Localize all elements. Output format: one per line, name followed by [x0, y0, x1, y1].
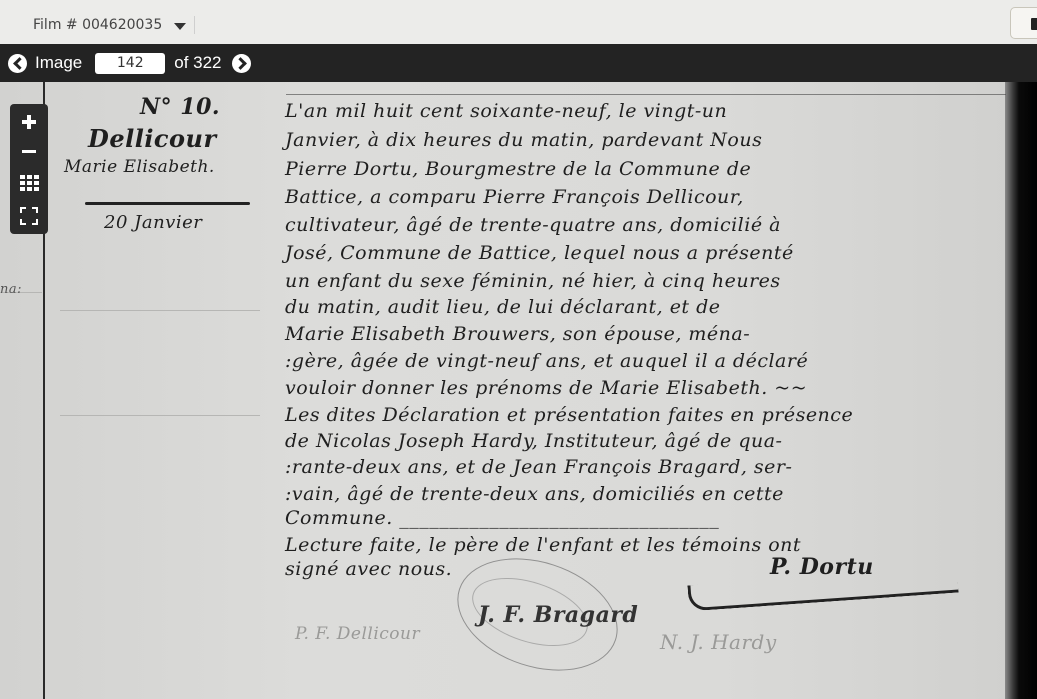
- zoom-in-button[interactable]: [10, 108, 48, 138]
- film-number-label: Film # 004620035: [33, 17, 162, 33]
- fullscreen-icon-corner: [32, 219, 38, 225]
- text-line: :vain, âgé de trente-deux ans, domicilié…: [285, 483, 784, 505]
- top-rule: [286, 94, 1006, 95]
- image-label: Image: [35, 53, 82, 73]
- margin-given-names: Marie Elisabeth.: [64, 157, 215, 177]
- fullscreen-icon-corner: [32, 207, 38, 213]
- zoom-controls: [10, 104, 48, 234]
- text-line: signé avec nous.: [285, 558, 452, 580]
- text-line: cultivateur, âgé de trente-quatre ans, d…: [285, 214, 781, 236]
- next-image-button[interactable]: [232, 54, 251, 73]
- fullscreen-icon-corner: [20, 219, 26, 225]
- text-line: Janvier, à dix heures du matin, pardevan…: [285, 129, 762, 151]
- text-line: :rante-deux ans, et de Jean François Bra…: [285, 456, 792, 478]
- toolbox-icon: [1031, 18, 1037, 30]
- faint-rule: [60, 310, 260, 311]
- margin-surname: Dellicour: [88, 124, 217, 153]
- text-line: Les dites Déclaration et présentation fa…: [285, 404, 853, 426]
- top-bar: Film # 004620035: [0, 0, 1037, 44]
- image-viewer[interactable]: na: N° 10. Dellicour Marie Elisabeth. 20…: [0, 82, 1037, 699]
- text-line: vouloir donner les prénoms de Marie Elis…: [285, 377, 807, 399]
- record-number: N° 10.: [140, 94, 220, 120]
- signature-hardy: N. J. Hardy: [660, 630, 777, 654]
- image-number-input[interactable]: [95, 53, 165, 74]
- fullscreen-icon: [20, 207, 26, 213]
- text-line: un enfant du sexe féminin, né hier, à ci…: [285, 270, 781, 292]
- text-line: du matin, audit lieu, de lui déclarant, …: [285, 296, 721, 318]
- margin-date: 20 Janvier: [104, 212, 202, 233]
- zoom-out-button[interactable]: [10, 138, 48, 168]
- tools-button[interactable]: [1010, 7, 1037, 39]
- adjacent-page-fragment: na:: [0, 282, 22, 297]
- page-edge-shadow: [1005, 82, 1037, 699]
- previous-image-button[interactable]: [8, 54, 27, 73]
- grid-icon: [20, 175, 38, 191]
- text-line: Pierre Dortu, Bourgmestre de la Commune …: [285, 158, 751, 180]
- signature-bragard: J. F. Bragard: [478, 602, 638, 628]
- text-line: José, Commune de Battice, lequel nous a …: [285, 242, 794, 264]
- film-selector[interactable]: Film # 004620035: [33, 16, 195, 34]
- text-line: :gère, âgée de vingt-neuf ans, et auquel…: [285, 350, 808, 372]
- image-navigation-bar: Image of 322: [0, 44, 1037, 82]
- text-line: Marie Elisabeth Brouwers, son épouse, mé…: [285, 323, 750, 345]
- faint-rule: [60, 415, 260, 416]
- fullscreen-button[interactable]: [10, 200, 48, 230]
- text-line: de Nicolas Joseph Hardy, Instituteur, âg…: [285, 430, 782, 452]
- text-line: Battice, a comparu Pierre François Delli…: [285, 186, 744, 208]
- text-line: L'an mil huit cent soixante-neuf, le vin…: [285, 100, 727, 122]
- margin-divider: [85, 202, 250, 205]
- caret-down-icon[interactable]: [174, 23, 186, 30]
- text-line: Lecture faite, le père de l'enfant et le…: [285, 534, 801, 556]
- divider: [194, 16, 195, 34]
- total-images-label: of 322: [174, 53, 221, 73]
- grid-view-button[interactable]: [10, 168, 48, 198]
- signature-father: P. F. Dellicour: [295, 624, 420, 644]
- text-line: Commune. _______________________________…: [285, 507, 719, 529]
